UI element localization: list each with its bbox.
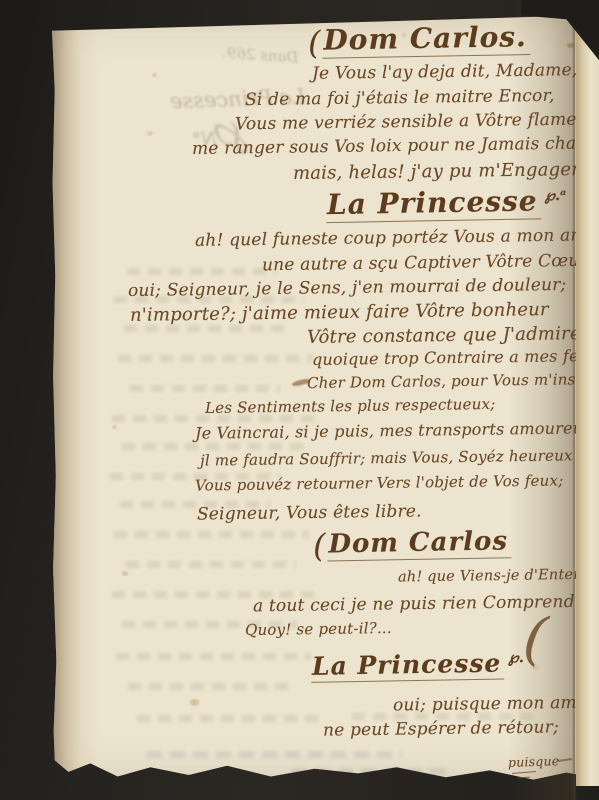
verse-line: Quoy! se peut-il?... bbox=[245, 619, 392, 639]
foxing-stain bbox=[147, 131, 153, 136]
heading-flourish: ( bbox=[308, 24, 322, 62]
bleedthrough-line bbox=[126, 561, 296, 568]
manuscript-scan: Dans 269. La Princesse ℘ N° bbox=[0, 0, 599, 800]
bleedthrough-text: Dans 269. bbox=[221, 43, 299, 66]
speaker-heading-dom-carlos: (Dom Carlos. bbox=[308, 20, 530, 62]
bleedthrough-line bbox=[130, 385, 280, 392]
bleedthrough-line bbox=[137, 715, 322, 722]
bleedthrough-line bbox=[147, 751, 402, 758]
bleedthrough-line bbox=[292, 768, 452, 775]
speaker-heading-dom-carlos: (Dom Carlos bbox=[313, 523, 512, 564]
bleedthrough-line bbox=[116, 653, 311, 660]
foxing-stain bbox=[190, 699, 199, 706]
foxing-stain bbox=[122, 571, 128, 576]
adjacent-page-edge bbox=[576, 0, 599, 786]
bleedthrough-line bbox=[124, 325, 289, 332]
speaker-heading-la-princesse: La Princesse℘. bbox=[311, 648, 524, 681]
heading-flourish: ( bbox=[313, 526, 327, 564]
deckle-edge-left bbox=[52, 13, 98, 785]
verse-line: Seigneur, Vous êtes libre. bbox=[197, 501, 422, 524]
foxing-stain bbox=[152, 73, 157, 77]
foxing-stain bbox=[112, 425, 117, 429]
bleedthrough-line bbox=[118, 355, 313, 362]
bleedthrough-line bbox=[122, 443, 307, 450]
gutter-shadow bbox=[509, 0, 575, 800]
bleedthrough-line bbox=[128, 683, 288, 690]
bleedthrough-line bbox=[127, 268, 277, 275]
bleedthrough-line bbox=[114, 531, 309, 538]
